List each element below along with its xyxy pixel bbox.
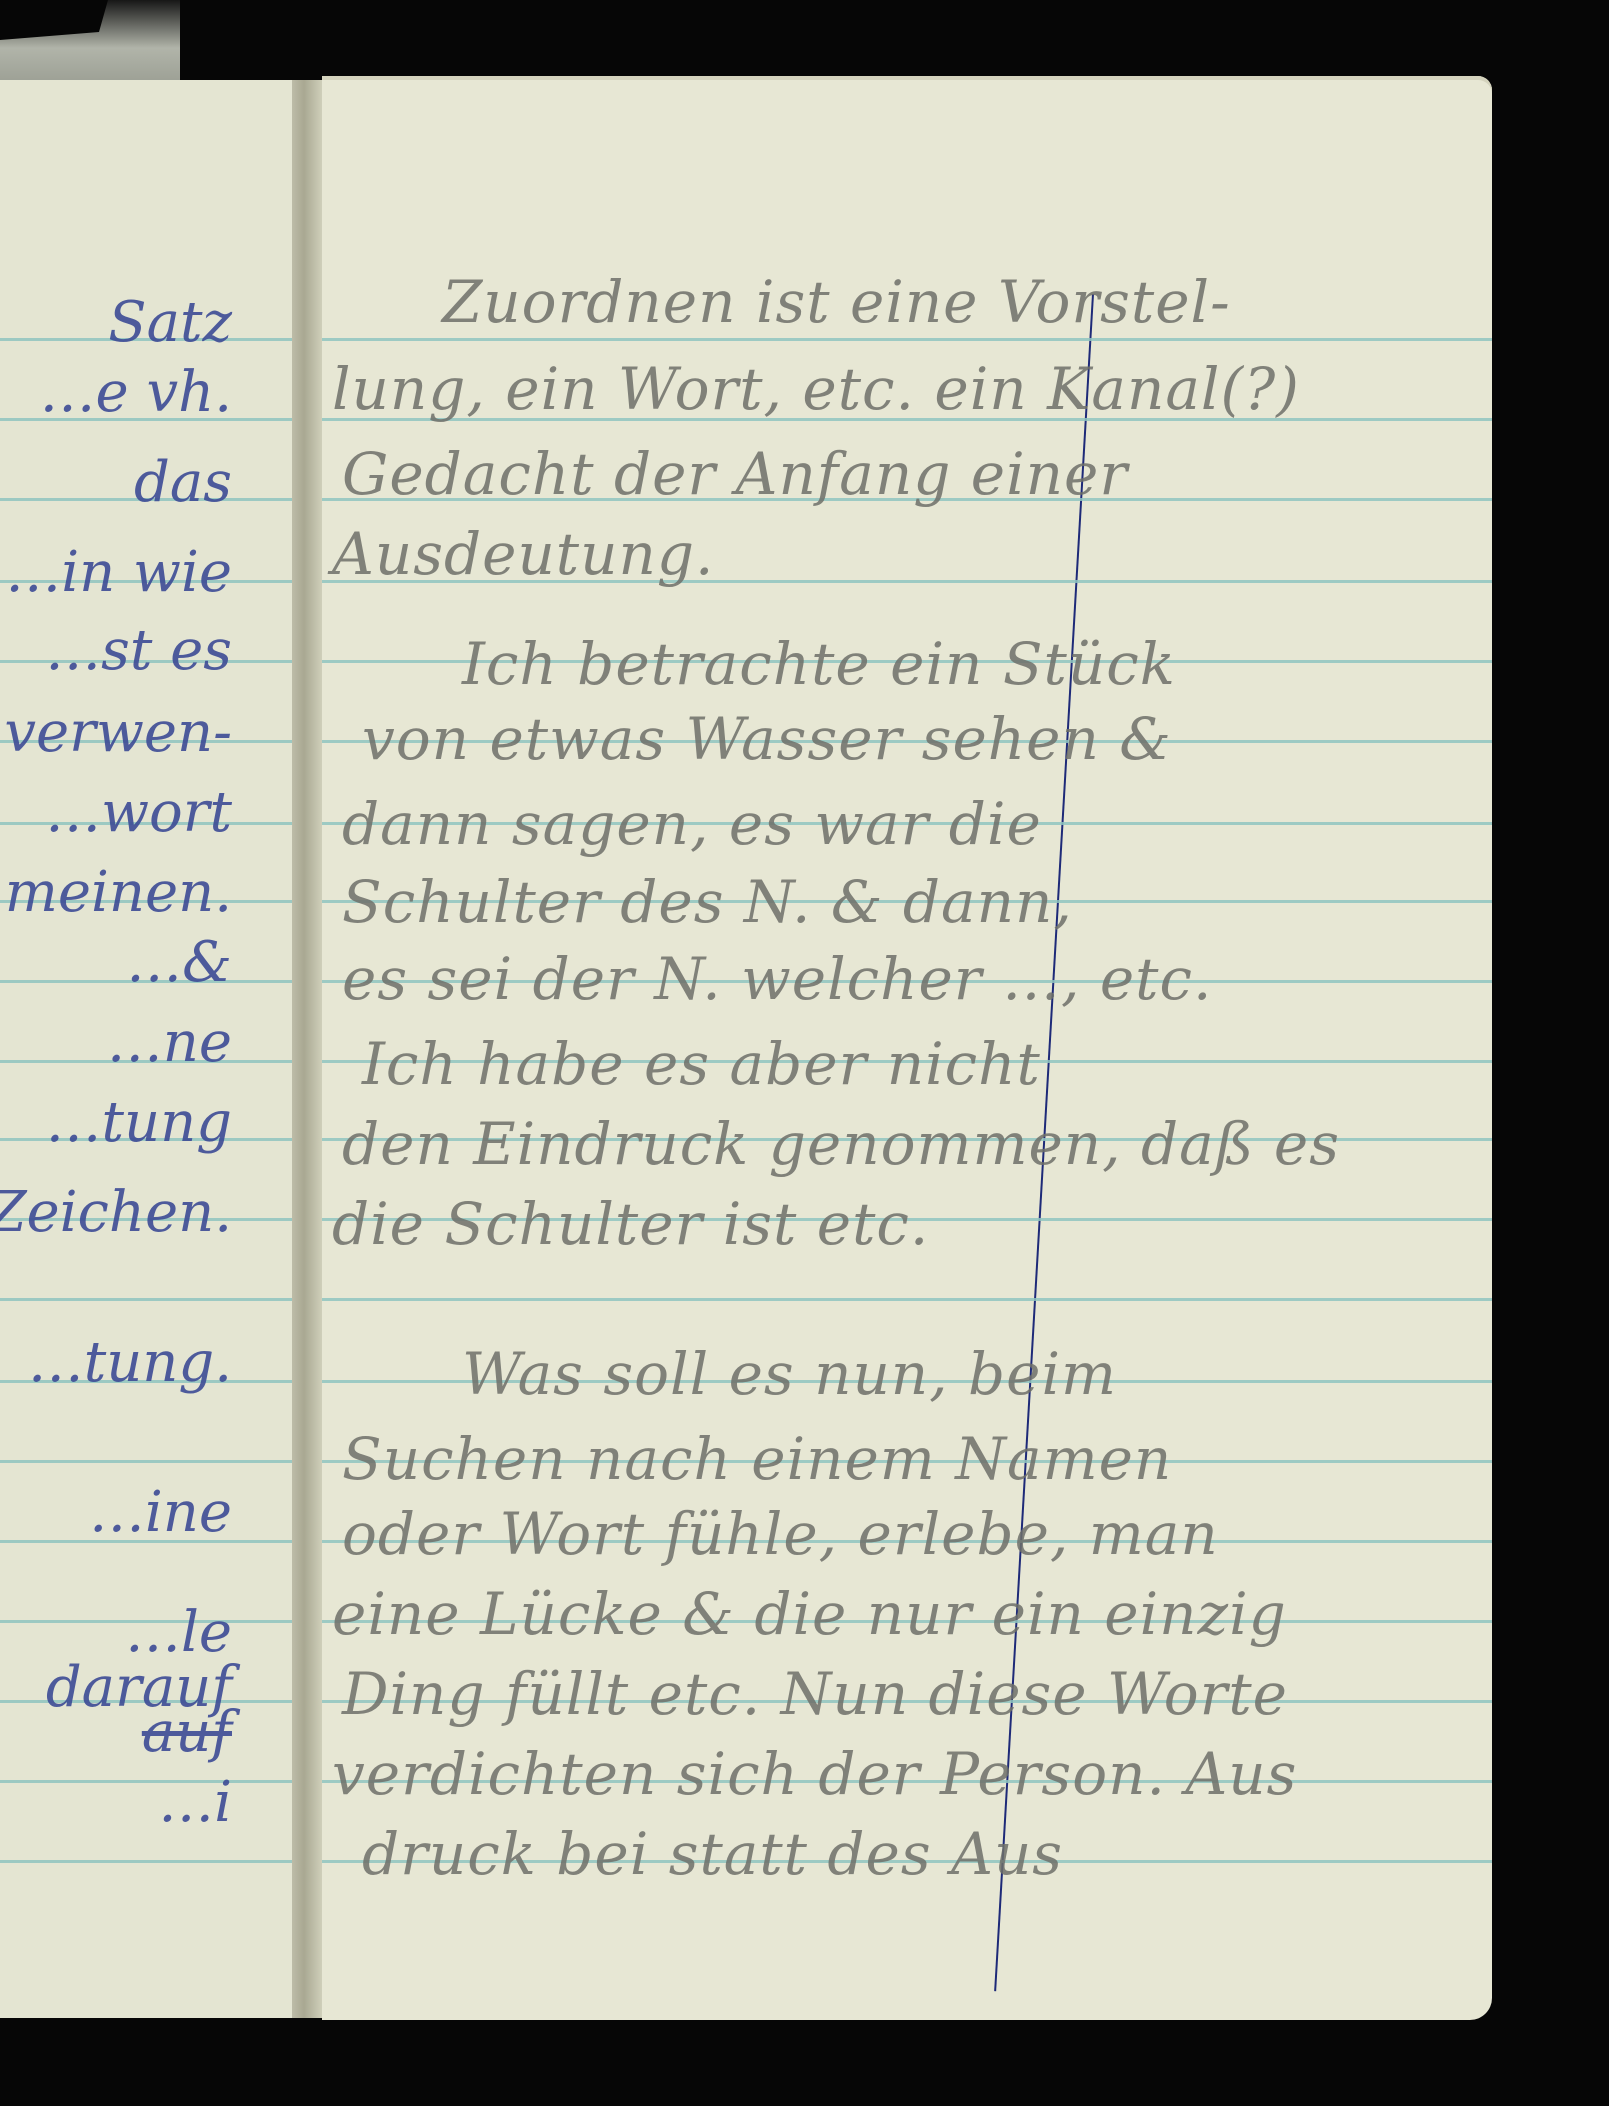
notebook-gutter — [292, 80, 322, 2018]
handwritten-line-left: Satz — [108, 290, 232, 355]
handwritten-line-left: …wort — [45, 780, 232, 845]
handwritten-line: Ich betrachte ein Stück — [462, 630, 1176, 698]
handwritten-line-left: …in wie — [5, 540, 232, 605]
handwritten-line-left: auf — [142, 1700, 232, 1765]
ruled-line — [0, 1298, 292, 1301]
handwritten-line-left: …meinen. — [0, 860, 232, 925]
paper-tab-scrap — [0, 0, 180, 80]
handwritten-line: Schulter des N. & dann, — [342, 868, 1073, 936]
handwritten-line-left: …st es — [45, 618, 232, 683]
handwritten-line: Suchen nach einem Namen — [342, 1425, 1172, 1493]
ruled-line — [0, 1860, 292, 1863]
ruled-line — [0, 1460, 292, 1463]
handwritten-line: Was soll es nun, beim — [462, 1340, 1117, 1408]
handwritten-line: druck bei statt des Aus — [362, 1820, 1063, 1888]
handwritten-line-left: Zeichen. — [0, 1180, 232, 1245]
handwritten-line: Gedacht der Anfang einer — [342, 440, 1128, 508]
handwritten-line-left: …i — [158, 1770, 232, 1835]
handwritten-line: Ich habe es aber nicht — [362, 1030, 1041, 1098]
handwritten-line-left: …ne — [107, 1010, 232, 1075]
handwritten-line: Ding füllt etc. Nun diese Worte — [342, 1660, 1288, 1728]
ruled-line — [0, 1780, 292, 1783]
handwritten-line: die Schulter ist etc. — [332, 1190, 929, 1258]
handwritten-line: Zuordnen ist eine Vorstel- — [442, 268, 1231, 336]
handwritten-line: oder Wort fühle, erlebe, man — [342, 1500, 1219, 1568]
handwritten-line-left: …ine — [89, 1480, 232, 1545]
handwritten-line: es sei der N. welcher …, etc. — [342, 945, 1212, 1013]
handwritten-line: von etwas Wasser sehen & — [362, 705, 1172, 773]
handwritten-line: den Eindruck genommen, daß es — [342, 1110, 1340, 1178]
ruled-line — [322, 1298, 1492, 1301]
handwritten-line-left: das — [134, 450, 232, 515]
handwritten-line-left: verwen- — [4, 700, 232, 765]
right-page: 29 Zuordnen ist eine Vorstel-lung, ein W… — [322, 76, 1492, 2020]
handwritten-line: Ausdeutung. — [332, 520, 714, 588]
handwritten-line-left: …tung — [46, 1090, 232, 1155]
left-page: Satz…e vh.das…in wie…st esverwen-…wort…m… — [0, 80, 293, 2018]
handwritten-line: eine Lücke & die nur ein einzig — [332, 1580, 1287, 1648]
handwritten-line-left: …& — [126, 930, 232, 995]
ruled-line — [322, 338, 1492, 341]
handwritten-line-left: …tung. — [28, 1330, 232, 1395]
handwritten-line: dann sagen, es war die — [342, 790, 1042, 858]
handwritten-line: verdichten sich der Person. Aus — [332, 1740, 1297, 1808]
handwritten-line-left: …e vh. — [40, 360, 232, 425]
handwritten-line: lung, ein Wort, etc. ein Kanal(?) — [332, 355, 1300, 423]
